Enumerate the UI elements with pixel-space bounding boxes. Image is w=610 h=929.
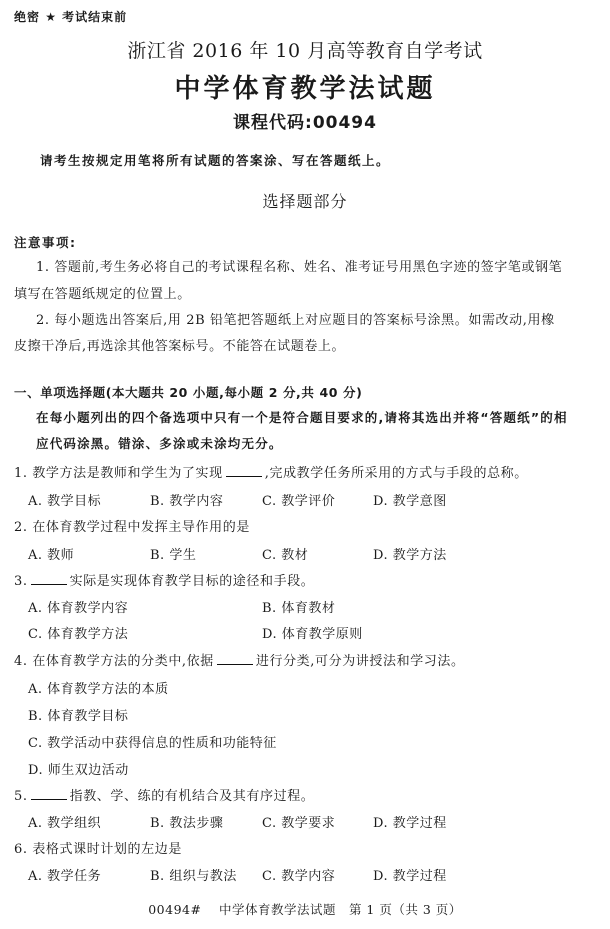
subject-title: 中学体育教学法试题 (0, 68, 610, 105)
question-4-suffix: 进行分类,可分为讲授法和学习法。 (256, 654, 465, 669)
confidential-label: 绝密 ★ 考试结束前 (14, 8, 127, 25)
question-1-suffix: ,完成教学任务所采用的方式与手段的总称。 (265, 466, 528, 481)
question-5-suffix: 指教、学、练的有机结合及其有序过程。 (70, 789, 315, 804)
question-3-stem: 3.实际是实现体育教学目标的途径和手段。 (14, 570, 314, 589)
answer-blank (226, 464, 262, 477)
answer-blank (31, 787, 67, 800)
star-icon: ★ (45, 10, 57, 24)
question-1-stem: 1. 教学方法是教师和学生为了实现,完成教学任务所采用的方式与手段的总称。 (14, 462, 528, 481)
question-1-option-a: A. 教学目标 (28, 490, 101, 509)
page-footer: 00494# 中学体育教学法试题 第 1 页（共 3 页） (0, 900, 610, 918)
question-6-option-a: A. 教学任务 (28, 865, 101, 884)
question-6-option-b: B. 组织与教法 (150, 865, 237, 884)
confidential-text: 绝密 (14, 10, 40, 24)
note-1-line-2: 填写在答题纸规定的位置上。 (14, 283, 191, 302)
section-title: 选择题部分 (0, 189, 610, 212)
question-4-option-a: A. 体育教学方法的本质 (28, 678, 169, 697)
question-4-stem: 4. 在体育教学方法的分类中,依据进行分类,可分为讲授法和学习法。 (14, 650, 465, 669)
course-code: 课程代码:00494 (0, 108, 610, 133)
answer-instruction: 请考生按规定用笔将所有试题的答案涂、写在答题纸上。 (40, 151, 390, 169)
question-1-prefix: 1. 教学方法是教师和学生为了实现 (14, 466, 223, 481)
question-5-option-b: B. 教法步骤 (150, 812, 223, 831)
notes-heading: 注意事项: (14, 233, 77, 251)
answer-blank (217, 652, 253, 665)
note-1-line-1: 1. 答题前,考生务必将自己的考试课程名称、姓名、准考证号用黑色字迹的签字笔或钢… (36, 256, 562, 275)
question-2-stem: 2. 在体育教学过程中发挥主导作用的是 (14, 516, 250, 535)
question-5-prefix: 5. (14, 789, 28, 804)
question-5-stem: 5.指教、学、练的有机结合及其有序过程。 (14, 785, 314, 804)
question-4-option-d: D. 师生双边活动 (28, 759, 129, 778)
question-6-option-c: C. 教学内容 (262, 865, 335, 884)
question-2-option-a: A. 教师 (28, 544, 74, 563)
question-5-option-d: D. 教学过程 (373, 812, 447, 831)
question-3-suffix: 实际是实现体育教学目标的途径和手段。 (70, 574, 315, 589)
question-1-option-d: D. 教学意图 (373, 490, 447, 509)
question-3-option-a: A. 体育教学内容 (28, 597, 128, 616)
part1-desc-line-1: 在每小题列出的四个备选项中只有一个是符合题目要求的,请将其选出并将“答题纸”的相 (36, 408, 568, 426)
question-4-option-b: B. 体育教学目标 (28, 705, 128, 724)
exam-title: 浙江省 2016 年 10 月高等教育自学考试 (0, 36, 610, 63)
question-3-option-c: C. 体育教学方法 (28, 623, 128, 642)
before-exam-end-text: 考试结束前 (62, 10, 127, 24)
question-3-option-d: D. 体育教学原则 (262, 623, 363, 642)
question-6-option-d: D. 教学过程 (373, 865, 447, 884)
question-1-option-b: B. 教学内容 (150, 490, 223, 509)
question-3-option-b: B. 体育教材 (262, 597, 335, 616)
question-2-option-b: B. 学生 (150, 544, 196, 563)
note-2-line-1: 2. 每小题选出答案后,用 2B 铅笔把答题纸上对应题目的答案标号涂黑。如需改动… (36, 309, 555, 328)
question-4-option-c: C. 教学活动中获得信息的性质和功能特征 (28, 732, 277, 751)
question-2-option-c: C. 教材 (262, 544, 308, 563)
question-5-option-c: C. 教学要求 (262, 812, 335, 831)
question-3-prefix: 3. (14, 574, 28, 589)
part1-heading: 一、单项选择题(本大题共 20 小题,每小题 2 分,共 40 分) (14, 383, 362, 401)
question-1-option-c: C. 教学评价 (262, 490, 335, 509)
part1-desc-line-2: 应代码涂黑。错涂、多涂或未涂均无分。 (36, 434, 283, 452)
note-2-line-2: 皮擦干净后,再选涂其他答案标号。不能答在试题卷上。 (14, 335, 345, 354)
question-6-stem: 6. 表格式课时计划的左边是 (14, 838, 182, 857)
question-4-prefix: 4. 在体育教学方法的分类中,依据 (14, 654, 214, 669)
answer-blank (31, 572, 67, 585)
question-2-option-d: D. 教学方法 (373, 544, 447, 563)
question-5-option-a: A. 教学组织 (28, 812, 101, 831)
